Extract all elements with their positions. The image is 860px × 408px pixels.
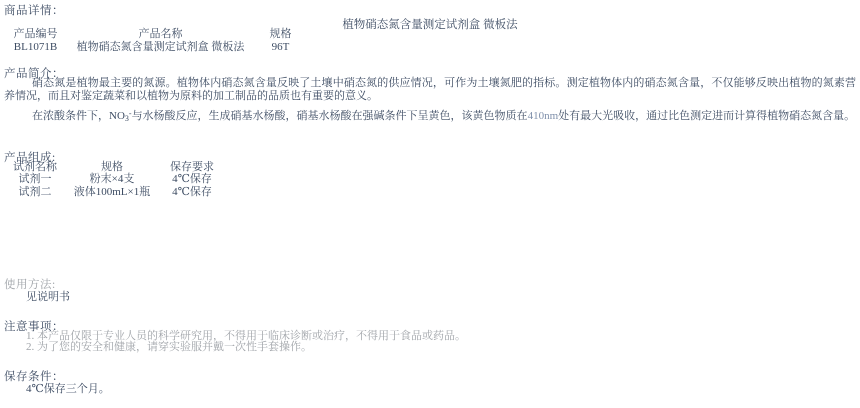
- para2-mid: 与水杨酸反应，生成硝基水杨酸，硝基水杨酸在强碱条件下呈黄色，该黄色物质在: [132, 110, 528, 122]
- intro-paragraph-1: 硝态氮是植物最主要的氮源。植物体内硝态氮含量反映了土壤中硝态氮的供应情况，可作为…: [4, 77, 856, 102]
- reagent1-name: 试剂一: [6, 173, 64, 185]
- intro-paragraph-2: 在浓酸条件下，NO3-与水杨酸反应，生成硝基水杨酸，硝基水杨酸在强碱条件下呈黄色…: [4, 108, 856, 126]
- info-col-header-product-code: 产品编号: [8, 28, 63, 41]
- info-col-header-product-name: 产品名称: [63, 28, 258, 41]
- reagent2-name: 试剂二: [6, 186, 64, 198]
- reagent2-storage: 4℃保存: [160, 186, 224, 198]
- usage-content: 见说明书: [26, 288, 70, 304]
- note-item-2: 2. 为了您的安全和健康，请穿实验服并戴一次性手套操作。: [26, 342, 312, 354]
- product-info-table: 产品编号 产品名称 规格 BL1071B 植物硝态氮含量测定试剂盒 微板法 96…: [8, 28, 303, 53]
- comp-col-header-reagent-name: 试剂名称: [6, 161, 64, 173]
- wavelength-value: 410nm: [528, 110, 559, 122]
- product-detail-page: 商品详情： 植物硝态氮含量测定试剂盒 微板法 产品编号 产品名称 规格 BL10…: [0, 0, 860, 408]
- reagent1-spec: 粉末×4支: [64, 173, 160, 185]
- reagent1-storage: 4℃保存: [160, 173, 224, 185]
- reagent2-spec: 液体100mL×1瓶: [64, 186, 160, 198]
- product-name-value: 植物硝态氮含量测定试剂盒 微板法: [63, 41, 258, 54]
- composition-table: 试剂名称 规格 保存要求 试剂一 粉末×4支 4℃保存 试剂二 液体100mL×…: [6, 161, 224, 198]
- para2-pre: 在浓酸条件下，NO: [32, 110, 125, 122]
- product-code-value: BL1071B: [8, 41, 63, 54]
- storage-content: 4℃保存三个月。: [26, 380, 110, 396]
- para2-post: 处有最大光吸收，通过比色测定进而计算得植物硝态氮含量。: [558, 110, 855, 122]
- comp-col-header-spec: 规格: [64, 161, 160, 173]
- spec-value: 96T: [258, 41, 303, 54]
- comp-col-header-storage-req: 保存要求: [160, 161, 224, 173]
- info-col-header-spec: 规格: [258, 28, 303, 41]
